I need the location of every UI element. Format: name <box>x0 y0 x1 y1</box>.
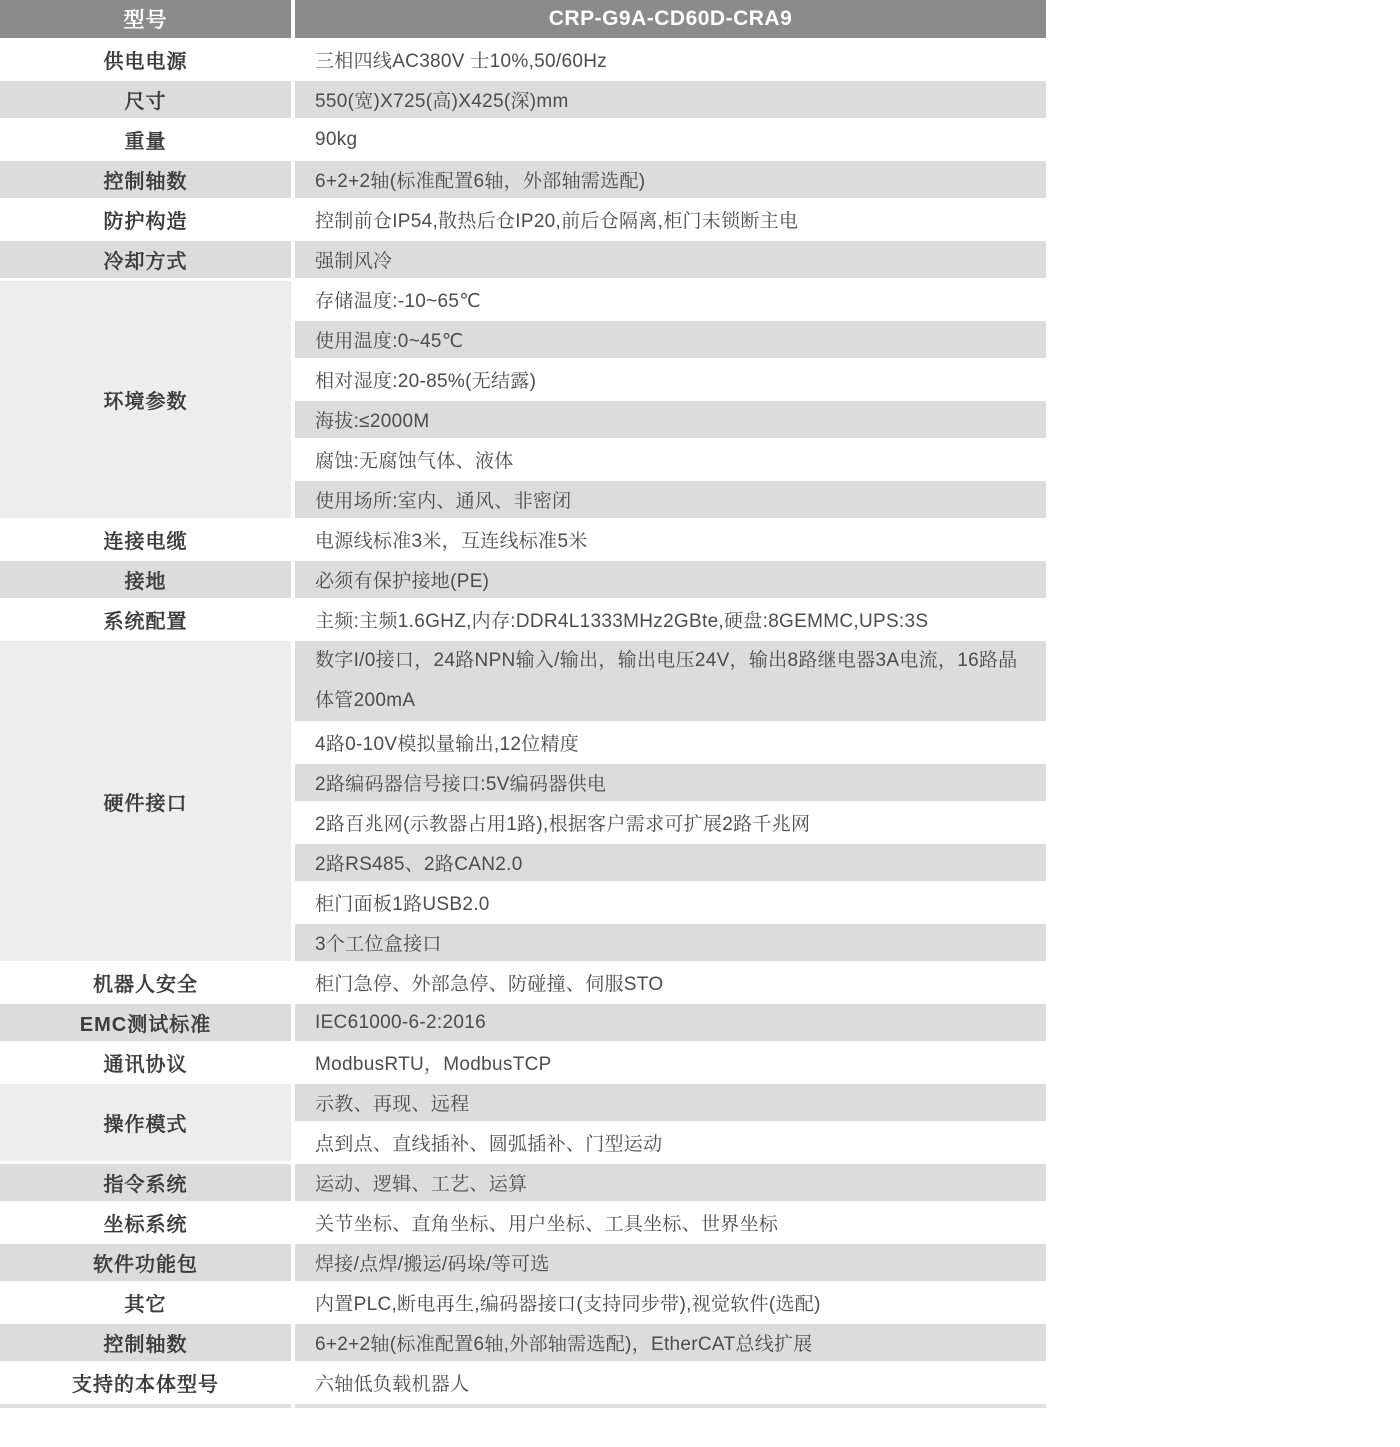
row-label-cooling: 冷却方式 <box>0 241 291 278</box>
row-label-environment: 环境参数 <box>0 281 291 518</box>
row-group-operation-mode: 操作模式 示教、再现、远程 点到点、直线插补、圆弧插补、门型运动 <box>0 1084 1046 1161</box>
row-dimensions: 尺寸 550(宽)X725(高)X425(深)mm <box>0 81 1046 118</box>
row-weight: 重量 90kg <box>0 121 1046 158</box>
row-label-power-supply: 供电电源 <box>0 41 291 78</box>
row-label-instruction-system: 指令系统 <box>0 1164 291 1201</box>
operation-mode-teach: 示教、再现、远程 <box>295 1084 1046 1121</box>
row-value-cooling: 强制风冷 <box>295 241 1046 278</box>
row-value-cables: 电源线标准3米，互连线标准5米 <box>295 521 1046 558</box>
hardware-digital-io: 数字I/0接口，24路NPN输入/输出，输出电压24V，输出8路继电器3A电流，… <box>295 641 1046 721</box>
row-value-instruction-system: 运动、逻辑、工艺、运算 <box>295 1164 1046 1201</box>
row-coordinate-system: 坐标系统 关节坐标、直角坐标、用户坐标、工具坐标、世界坐标 <box>0 1204 1046 1241</box>
row-label-cables: 连接电缆 <box>0 521 291 558</box>
row-value-coordinate-system: 关节坐标、直角坐标、用户坐标、工具坐标、世界坐标 <box>295 1204 1046 1241</box>
row-label-weight: 重量 <box>0 121 291 158</box>
hardware-analog-output: 4路0-10V模拟量输出,12位精度 <box>295 724 1046 761</box>
row-value-control-axes: 6+2+2轴(标准配置6轴，外部轴需选配) <box>295 161 1046 198</box>
hardware-encoder-interface: 2路编码器信号接口:5V编码器供电 <box>295 764 1046 801</box>
environment-corrosion: 腐蚀:无腐蚀气体、液体 <box>295 441 1046 478</box>
row-communication-protocol: 通讯协议 ModbusRTU，ModbusTCP <box>0 1044 1046 1081</box>
row-label-others: 其它 <box>0 1284 291 1321</box>
row-label-operation-mode: 操作模式 <box>0 1084 291 1161</box>
hardware-interface-subrows: 数字I/0接口，24路NPN输入/输出，输出电压24V，输出8路继电器3A电流，… <box>295 641 1046 961</box>
table-header-row: 型号 CRP-G9A-CD60D-CRA9 <box>0 0 1046 38</box>
row-value-emc-standard: IEC61000-6-2:2016 <box>295 1004 1046 1041</box>
row-value-communication-protocol: ModbusRTU，ModbusTCP <box>295 1044 1046 1081</box>
header-model-value: CRP-G9A-CD60D-CRA9 <box>295 0 1046 38</box>
row-control-axes: 控制轴数 6+2+2轴(标准配置6轴，外部轴需选配) <box>0 161 1046 198</box>
row-label-dimensions: 尺寸 <box>0 81 291 118</box>
environment-operating-temp: 使用温度:0~45℃ <box>295 321 1046 358</box>
row-value-software-packages: 焊接/点焊/搬运/码垛/等可选 <box>295 1244 1046 1281</box>
hardware-usb: 柜门面板1路USB2.0 <box>295 884 1046 921</box>
row-emc-standard: EMC测试标准 IEC61000-6-2:2016 <box>0 1004 1046 1041</box>
table-bottom-edge <box>0 1404 1046 1408</box>
spec-sheet-page: 型号 CRP-G9A-CD60D-CRA9 供电电源 三相四线AC380V 士1… <box>0 0 1400 1447</box>
row-value-weight: 90kg <box>295 121 1046 158</box>
environment-usage-site: 使用场所:室内、通风、非密闭 <box>295 481 1046 518</box>
row-group-environment: 环境参数 存储温度:-10~65℃ 使用温度:0~45℃ 相对湿度:20-85%… <box>0 281 1046 518</box>
row-label-coordinate-system: 坐标系统 <box>0 1204 291 1241</box>
row-value-dimensions: 550(宽)X725(高)X425(深)mm <box>295 81 1046 118</box>
row-grounding: 接地 必须有保护接地(PE) <box>0 561 1046 598</box>
row-supported-robots: 支持的本体型号 六轴低负载机器人 <box>0 1364 1046 1401</box>
row-label-grounding: 接地 <box>0 561 291 598</box>
row-label-emc-standard: EMC测试标准 <box>0 1004 291 1041</box>
hardware-ethernet: 2路百兆网(示教器占用1路),根据客户需求可扩展2路千兆网 <box>295 804 1046 841</box>
row-system-config: 系统配置 主频:主频1.6GHZ,内存:DDR4L1333MHz2GBte,硬盘… <box>0 601 1046 638</box>
operation-mode-subrows: 示教、再现、远程 点到点、直线插补、圆弧插补、门型运动 <box>295 1084 1046 1161</box>
row-label-control-axes: 控制轴数 <box>0 161 291 198</box>
hardware-rs485-can: 2路RS485、2路CAN2.0 <box>295 844 1046 881</box>
row-robot-safety: 机器人安全 柜门急停、外部急停、防碰撞、伺服STO <box>0 964 1046 1001</box>
row-label-supported-robots: 支持的本体型号 <box>0 1364 291 1401</box>
row-label-software-packages: 软件功能包 <box>0 1244 291 1281</box>
environment-storage-temp: 存储温度:-10~65℃ <box>295 281 1046 318</box>
row-control-axes-expansion: 控制轴数 6+2+2轴(标准配置6轴,外部轴需选配)，EtherCAT总线扩展 <box>0 1324 1046 1361</box>
spec-table: 型号 CRP-G9A-CD60D-CRA9 供电电源 三相四线AC380V 士1… <box>0 0 1046 1408</box>
row-label-control-axes-expansion: 控制轴数 <box>0 1324 291 1361</box>
row-cables: 连接电缆 电源线标准3米，互连线标准5米 <box>0 521 1046 558</box>
bottom-edge-left <box>0 1404 291 1408</box>
row-label-hardware-interface: 硬件接口 <box>0 641 291 961</box>
header-model-label: 型号 <box>0 0 291 38</box>
row-value-system-config: 主频:主频1.6GHZ,内存:DDR4L1333MHz2GBte,硬盘:8GEM… <box>295 601 1046 638</box>
row-value-others: 内置PLC,断电再生,编码器接口(支持同步带),视觉软件(选配) <box>295 1284 1046 1321</box>
bottom-edge-right <box>295 1404 1046 1408</box>
environment-altitude: 海拔:≤2000M <box>295 401 1046 438</box>
hardware-station-box: 3个工位盒接口 <box>295 924 1046 961</box>
row-value-protection: 控制前仓IP54,散热后仓IP20,前后仓隔离,柜门未锁断主电 <box>295 201 1046 238</box>
row-group-hardware-interface: 硬件接口 数字I/0接口，24路NPN输入/输出，输出电压24V，输出8路继电器… <box>0 641 1046 961</box>
environment-subrows: 存储温度:-10~65℃ 使用温度:0~45℃ 相对湿度:20-85%(无结露)… <box>295 281 1046 518</box>
row-cooling: 冷却方式 强制风冷 <box>0 241 1046 278</box>
row-label-robot-safety: 机器人安全 <box>0 964 291 1001</box>
row-value-robot-safety: 柜门急停、外部急停、防碰撞、伺服STO <box>295 964 1046 1001</box>
row-value-grounding: 必须有保护接地(PE) <box>295 561 1046 598</box>
row-value-control-axes-expansion: 6+2+2轴(标准配置6轴,外部轴需选配)，EtherCAT总线扩展 <box>295 1324 1046 1361</box>
row-value-supported-robots: 六轴低负载机器人 <box>295 1364 1046 1401</box>
row-label-communication-protocol: 通讯协议 <box>0 1044 291 1081</box>
row-power-supply: 供电电源 三相四线AC380V 士10%,50/60Hz <box>0 41 1046 78</box>
operation-mode-motion: 点到点、直线插补、圆弧插补、门型运动 <box>295 1124 1046 1161</box>
row-label-system-config: 系统配置 <box>0 601 291 638</box>
row-others: 其它 内置PLC,断电再生,编码器接口(支持同步带),视觉软件(选配) <box>0 1284 1046 1321</box>
row-software-packages: 软件功能包 焊接/点焊/搬运/码垛/等可选 <box>0 1244 1046 1281</box>
environment-humidity: 相对湿度:20-85%(无结露) <box>295 361 1046 398</box>
row-protection: 防护构造 控制前仓IP54,散热后仓IP20,前后仓隔离,柜门未锁断主电 <box>0 201 1046 238</box>
row-label-protection: 防护构造 <box>0 201 291 238</box>
row-instruction-system: 指令系统 运动、逻辑、工艺、运算 <box>0 1164 1046 1201</box>
row-value-power-supply: 三相四线AC380V 士10%,50/60Hz <box>295 41 1046 78</box>
